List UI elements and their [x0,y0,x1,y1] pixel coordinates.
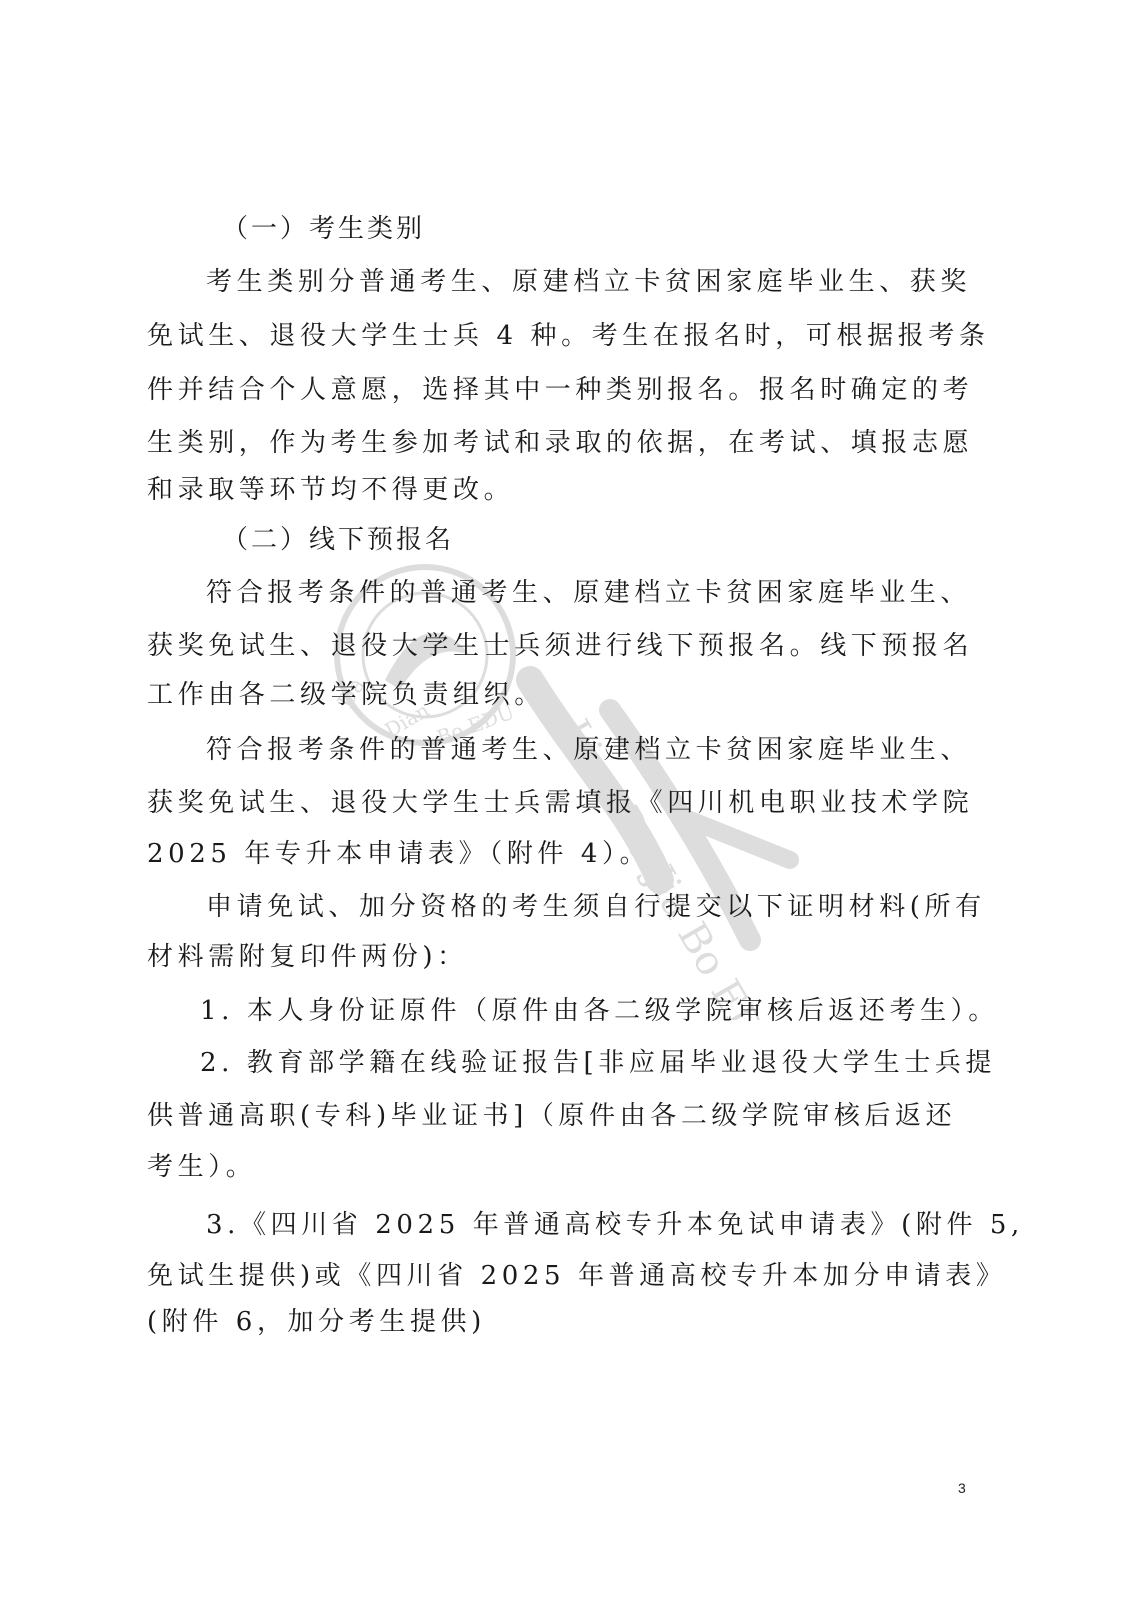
paragraph-line: 材料需附复印件两份)： [147,940,468,974]
document-page: Da Dian Bo EDU Liao Da Jia Bo EDU （一）考生类… [0,0,1132,1600]
paragraph-line: 申请免试、加分资格的考生须自行提交以下证明材料(所有 [206,890,986,924]
list-item: 3.《四川省 2025 年普通高校专升本免试申请表》(附件 5, [206,1208,1024,1242]
list-item: 2. 教育部学籍在线验证报告[非应届毕业退役大学生士兵提 [200,1046,996,1080]
paragraph-line: 工作由各二级学院负责组织。 [147,678,545,712]
paragraph-line: 获奖免试生、退役大学生士兵需填报《四川机电职业技术学院 [147,786,973,820]
paragraph-line: 免试生、退役大学生士兵 4 种。考生在报名时，可根据报考条 [147,319,989,353]
paragraph-line: 考生类别分普通考生、原建档立卡贫困家庭毕业生、获奖 [206,265,971,299]
paragraph-line: (附件 6，加分考生提供) [147,1305,486,1339]
list-item: 1. 本人身份证原件（原件由各二级学院审核后返还考生）。 [200,994,999,1028]
paragraph-line: 符合报考条件的普通考生、原建档立卡贫困家庭毕业生、 [206,576,971,610]
paragraph-line: 生类别，作为考生参加考试和录取的依据，在考试、填报志愿 [147,426,973,460]
paragraph-line: 免试生提供)或《四川省 2025 年普通高校专升本加分申请表》 [147,1259,1006,1293]
section-heading: （二）线下预报名 [222,523,454,557]
section-heading: （一）考生类别 [222,212,425,246]
paragraph-line: 考生）。 [147,1150,256,1184]
paragraph-line: 符合报考条件的普通考生、原建档立卡贫困家庭毕业生、 [206,733,971,767]
paragraph-line: 获奖免试生、退役大学生士兵须进行线下预报名。线下预报名 [147,629,973,663]
paragraph-line: 和录取等环节均不得更改。 [147,473,514,507]
paragraph-line: 件并结合个人意愿，选择其中一种类别报名。报名时确定的考 [147,373,973,407]
paragraph-line: 2025 年专升本申请表》（附件 4）。 [147,837,650,871]
paragraph-line: 供普通高职(专科)毕业证书]（原件由各二级学院审核后返还 [147,1099,956,1133]
page-number: 3 [958,1480,966,1496]
